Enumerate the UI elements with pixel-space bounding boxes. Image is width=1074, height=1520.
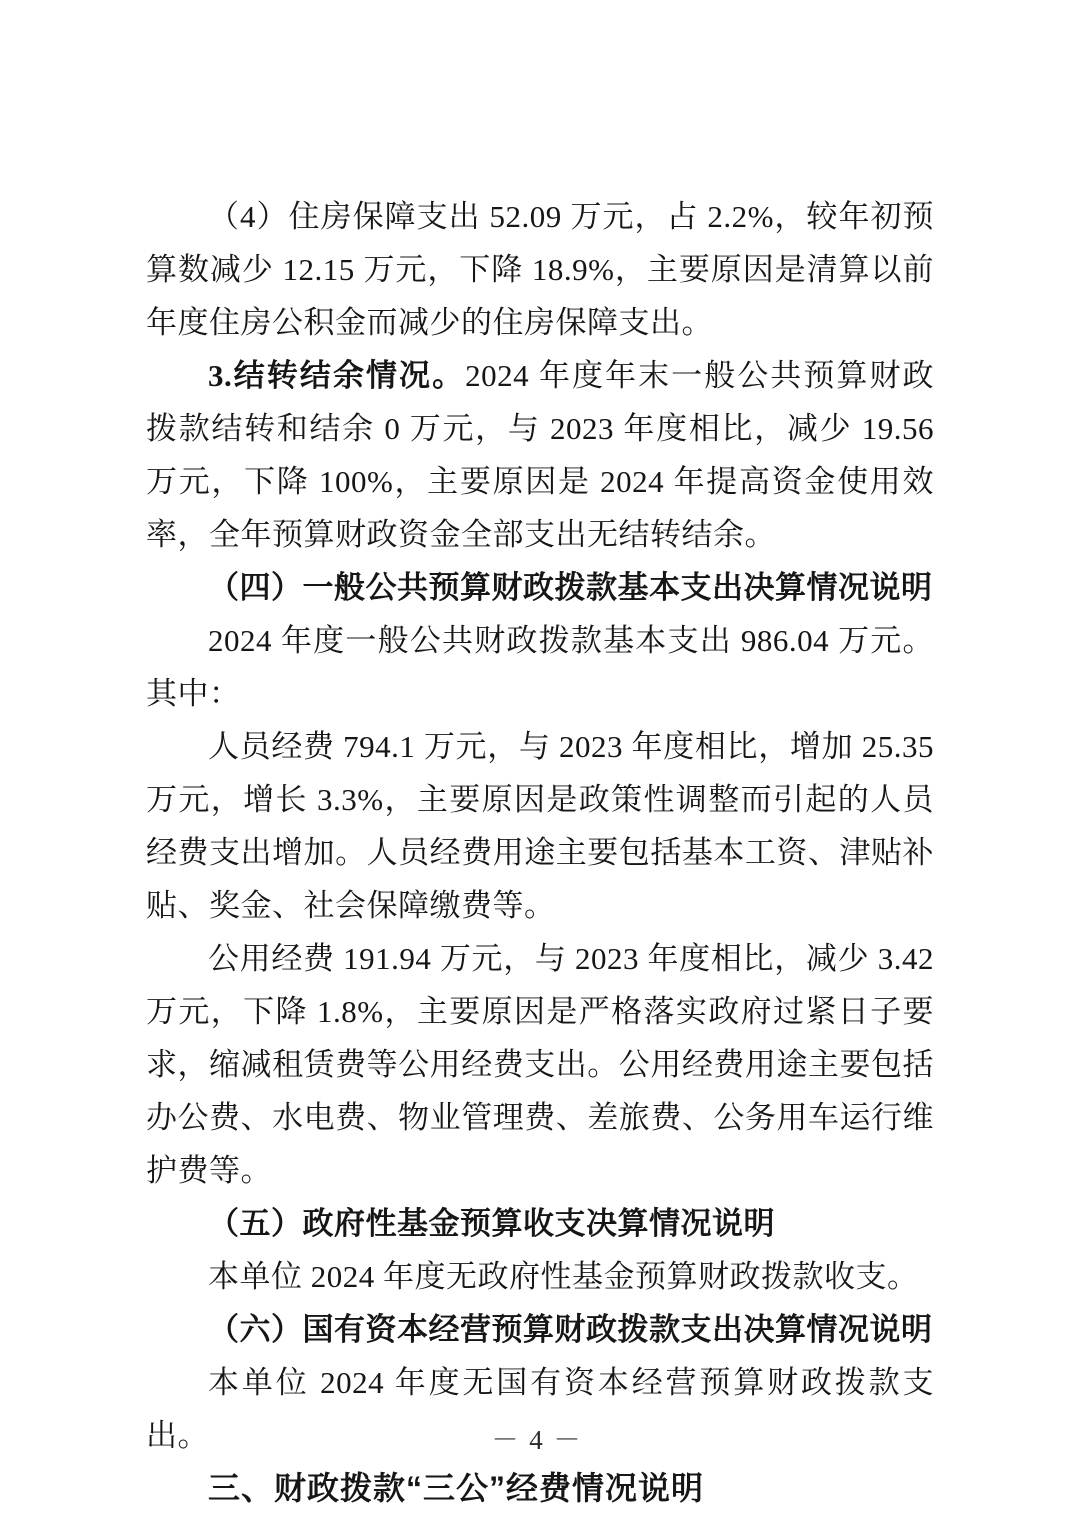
paragraph-personnel-expense: 人员经费 794.1 万元，与 2023 年度相比，增加 25.35 万元，增长… — [146, 720, 934, 932]
paragraph-basic-expense-total: 2024 年度一般公共财政拨款基本支出 986.04 万元。其中： — [146, 614, 934, 720]
chapter-heading-three-public-funds: 三、财政拨款“三公”经费情况说明 — [146, 1462, 934, 1515]
section-heading-5-gov-fund: （五）政府性基金预算收支决算情况说明 — [146, 1197, 934, 1250]
paragraph-public-expense: 公用经费 191.94 万元，与 2023 年度相比，减少 3.42 万元，下降… — [146, 932, 934, 1197]
section-heading-6-state-capital: （六）国有资本经营预算财政拨款支出决算情况说明 — [146, 1303, 934, 1356]
carryover-balance-lead: 3.结转结余情况。 — [208, 358, 465, 393]
document-body: （4）住房保障支出 52.09 万元，占 2.2%，较年初预算数减少 12.15… — [146, 190, 934, 1515]
paragraph-gov-fund-note: 本单位 2024 年度无政府性基金预算财政拨款收支。 — [146, 1250, 934, 1303]
page-number: － 4 － — [492, 1425, 583, 1455]
page-footer: － 4 － — [0, 1418, 1074, 1457]
section-heading-4-basic-expense: （四）一般公共预算财政拨款基本支出决算情况说明 — [146, 561, 934, 614]
document-page: （4）住房保障支出 52.09 万元，占 2.2%，较年初预算数减少 12.15… — [0, 0, 1074, 1520]
paragraph-carryover-balance: 3.结转结余情况。2024 年度年末一般公共预算财政拨款结转和结余 0 万元，与… — [146, 349, 934, 561]
paragraph-housing-expense: （4）住房保障支出 52.09 万元，占 2.2%，较年初预算数减少 12.15… — [146, 190, 934, 349]
